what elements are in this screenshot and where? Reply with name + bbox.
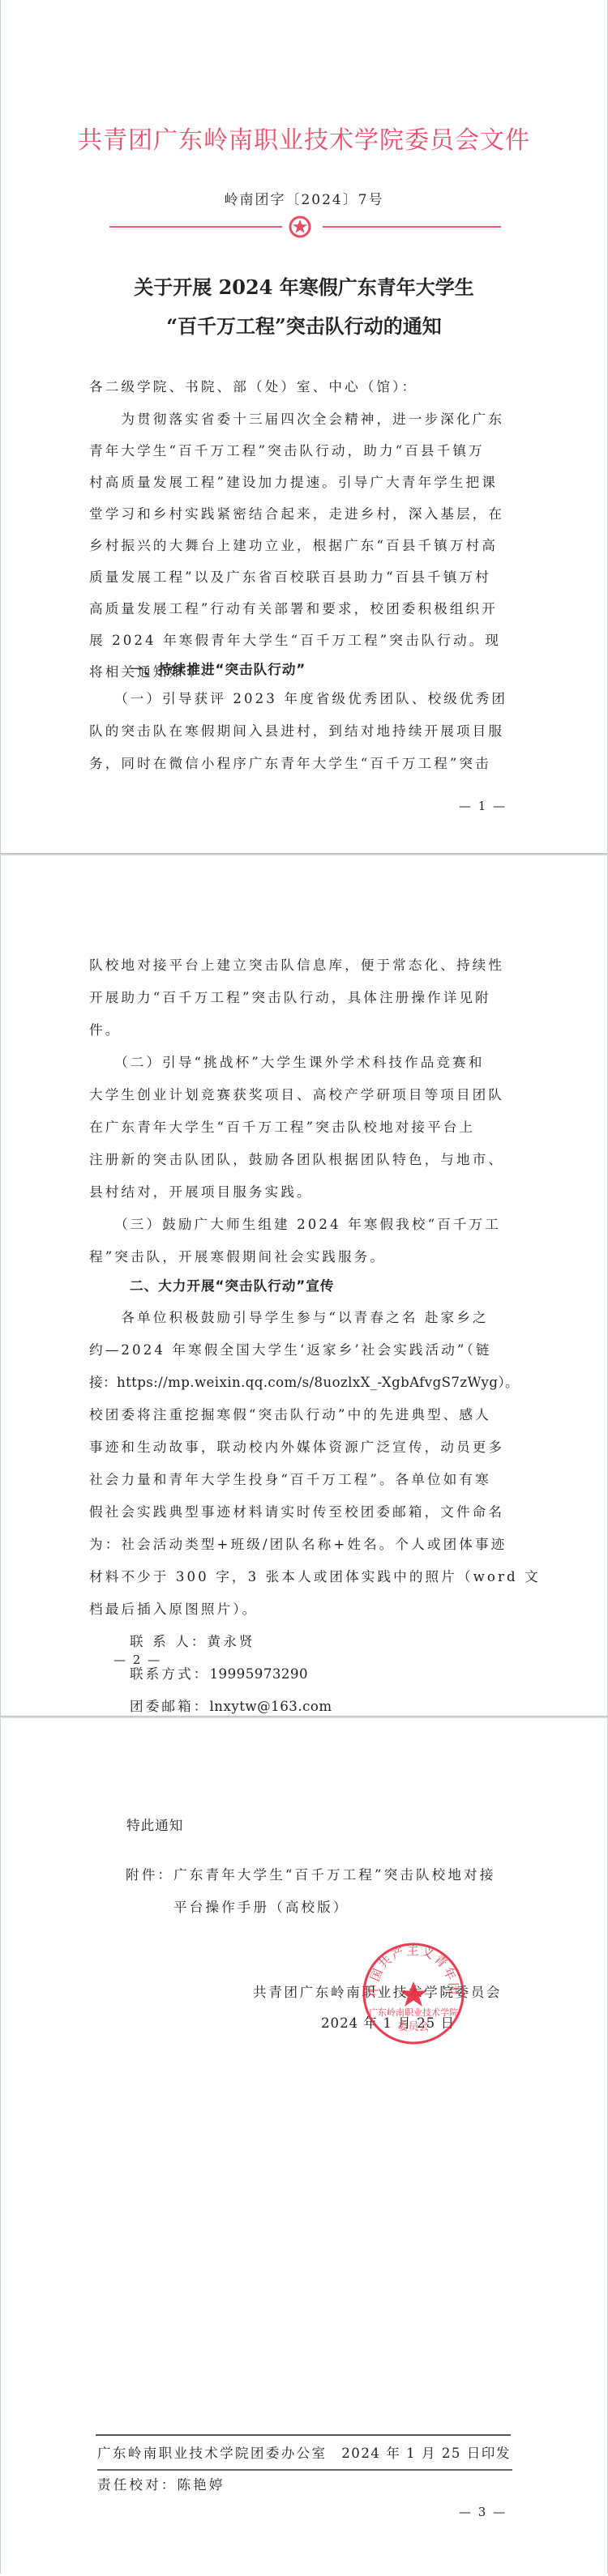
attachment-line-1[interactable]: 附件：广东青年大学生“百千万工程”突击队校地对接: [126, 1867, 555, 1883]
body-line: （二）引导“挑战杯”大学生课外学术科技作品竞赛和: [89, 1055, 519, 1071]
section-2-heading: 二、大力开展“突击队行动”宣传: [130, 1278, 559, 1294]
body-line: 材料不少于 300 字，3 张本人或团体实践中的照片（word 文: [89, 1569, 519, 1585]
closing-text: 特此通知: [126, 1818, 556, 1834]
body-line: 社会力量和青年大学生投身“百千万工程”。各单位如有寒: [89, 1472, 519, 1488]
body-line: 为贯彻落实省委十三届四次全会精神，进一步深化广东: [89, 412, 519, 428]
body-line: 假社会实践典型事迹材料请实时传至校团委邮箱，文件命名: [89, 1504, 519, 1520]
contact-person: 联 系 人：黄永贤: [130, 1634, 559, 1650]
body-line: 事迹和生动故事，联动校内外媒体资源广泛宣传，动员更多: [89, 1439, 519, 1456]
body-line: 档最后插入原图照片）。: [89, 1601, 519, 1618]
body-line: （三）鼓励广大师生组建 2024 年寒假我校“百千万工: [89, 1217, 519, 1233]
contact-phone: 联系方式：19995973290: [130, 1666, 559, 1683]
page-number-2-visible: — 2 —: [113, 1653, 161, 1667]
contact-person-label: 联 系 人：: [130, 1634, 208, 1649]
body-line: 程”突击队，开展寒假期间社会实践服务。: [89, 1249, 519, 1265]
body-line: 队校地对接平台上建立突击队信息库，便于常态化、持续性: [89, 957, 519, 974]
page-number-1: — 1 —: [459, 799, 507, 813]
footer-rule-top: [96, 2434, 511, 2436]
body-line: 开展助力“百千万工程”突击队行动，具体注册操作详见附: [89, 990, 519, 1006]
proofreader: 责任校对：陈艳婷: [97, 2477, 527, 2493]
page-number-3: — 3 —: [459, 2505, 507, 2519]
header-org-title: 共青团广东岭南职业技术学院委员会文件: [0, 120, 608, 156]
body-line: 注册新的突击队团队，鼓励各团队根据团队特色，与地市、: [89, 1152, 519, 1168]
contact-email-label: 团委邮箱：: [130, 1699, 209, 1714]
salutation: 各二级学院、书院、部（处）室、中心（馆）：: [89, 379, 519, 395]
notice-title-line-2: “百千万工程”突击队行动的通知: [0, 310, 608, 339]
body-line: 队的突击队在寒假期间入县进村，到结对地持续开展项目服: [89, 723, 519, 740]
notice-title-line-1: 关于开展 2024 年寒假广东青年大学生: [0, 271, 608, 300]
section-1-heading: 一、持续推进“突击队行动”: [130, 662, 559, 678]
header-rule-right: [323, 226, 501, 228]
contact-person-value: 黄永贤: [208, 1634, 255, 1649]
body-line: 村高质量发展工程”建设加力提速。引导广大青年学生把课: [89, 475, 519, 491]
contact-email: 团委邮箱：lnxytw@163.com: [130, 1699, 559, 1715]
body-line: 高质量发展工程”行动有关部署和要求，校团委积极组织开: [89, 601, 519, 617]
document-number: 岭南团字〔2024〕7号: [0, 188, 608, 208]
body-line: 约—2024 年寒假全国大学生‘返家乡’社会实践活动”（链: [89, 1342, 519, 1358]
body-line: 展 2024 年寒假青年大学生“百千万工程”突击队行动。现: [89, 633, 519, 649]
body-line: 件。: [89, 1022, 519, 1039]
link-url-line[interactable]: 接：https://mp.weixin.qq.com/s/8uozlxX_-Xg…: [89, 1375, 519, 1391]
body-line: 乡村振兴的大舞台上建功立业，根据广东“百县千镇万村高: [89, 538, 519, 554]
attachment-line-2[interactable]: 平台操作手册（高校版）: [173, 1900, 603, 1916]
footer-rule-bottom: [97, 2469, 512, 2471]
body-line: 各单位积极鼓励引导学生参与“以青春之名 赴家乡之: [89, 1310, 519, 1326]
footer-issuer-line: 广东岭南职业技术学院团委办公室 2024 年 1 月 25 日印发: [97, 2446, 511, 2462]
body-line: 青年大学生“百千万工程”突击队行动，助力“百县千镇万: [89, 443, 519, 459]
body-line: 质量发展工程”以及广东省百校联百县助力“百县千镇万村: [89, 569, 519, 586]
contact-phone-value: 19995973290: [209, 1666, 308, 1682]
footer-issue-date: 2024 年 1 月 25 日印发: [341, 2446, 511, 2462]
body-line: （一）引导获评 2023 年度省级优秀团队、校级优秀团: [89, 691, 519, 707]
body-line: 县村结对，开展项目服务实践。: [89, 1184, 519, 1201]
body-line: 在广东青年大学生“百千万工程”突击队校地对接平台上: [89, 1120, 519, 1136]
body-line: 大学生创业计划竞赛获奖项目、高校产学研项目等项目团队: [89, 1087, 519, 1103]
star-emblem-icon: [289, 215, 311, 238]
official-seal-icon: 中国共产主义青年团 广东岭南职业技术学院 委员会: [361, 1941, 466, 2046]
body-line: 为：社会活动类型+班级/团队名称+姓名。个人或团体事迹: [89, 1537, 519, 1553]
body-line: 校团委将注重挖掘寒假“突击队行动”中的先进典型、感人: [89, 1407, 519, 1423]
contact-phone-label: 联系方式：: [130, 1666, 209, 1682]
seal-center-text: 委员会: [397, 2021, 429, 2033]
seal-bottom-text: 广东岭南职业技术学院: [369, 2007, 458, 2018]
header-rule-left: [109, 226, 282, 228]
body-line: 务，同时在微信小程序广东青年大学生“百千万工程”突击: [89, 756, 519, 772]
contact-email-value[interactable]: lnxytw@163.com: [209, 1699, 332, 1714]
footer-issuer: 广东岭南职业技术学院团委办公室: [97, 2446, 327, 2461]
body-line: 堂学习和乡村实践紧密结合起来，走进乡村，深入基层，在: [89, 506, 519, 522]
